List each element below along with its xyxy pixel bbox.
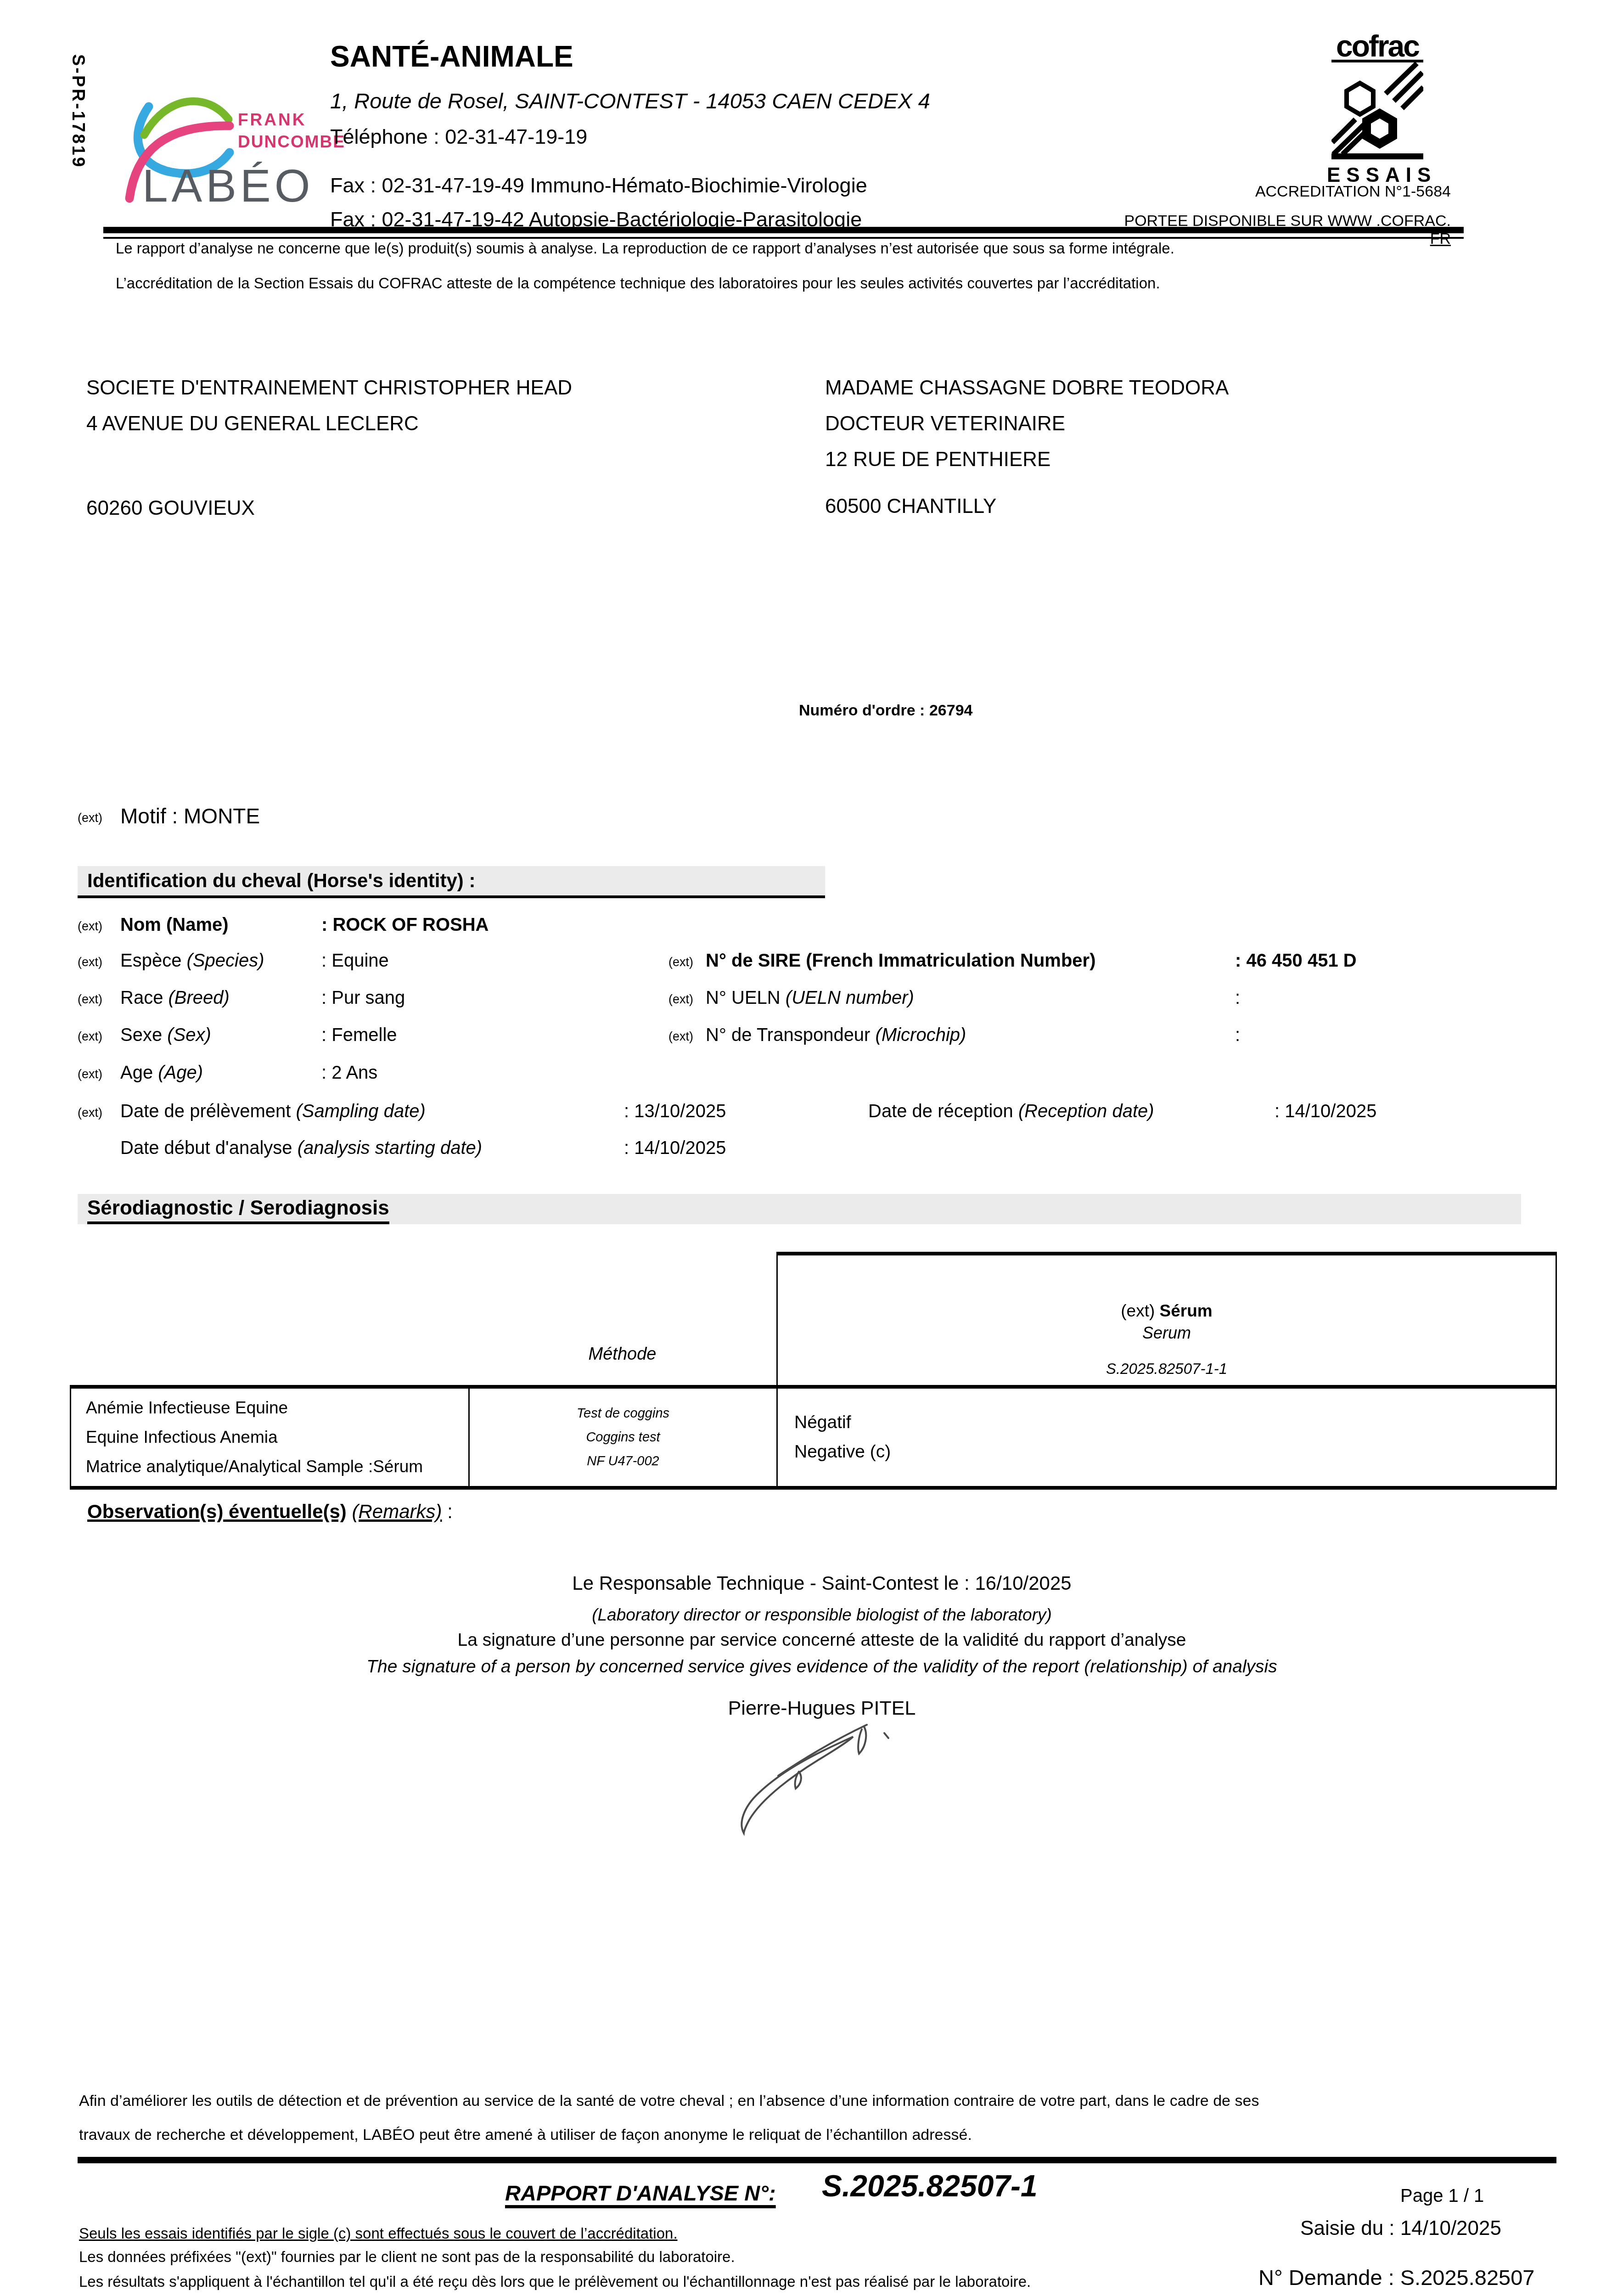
ext-marker: (ext) bbox=[78, 955, 102, 969]
field-label: Age (Age) bbox=[120, 1063, 203, 1083]
field-label: Espèce (Species) bbox=[120, 951, 264, 971]
motif-line: Motif : MONTE bbox=[120, 804, 260, 828]
method-column-header: Méthode bbox=[468, 1345, 776, 1364]
method-cell: Test de coggins Coggins test NF U47-002 bbox=[470, 1389, 778, 1486]
header-divider bbox=[103, 227, 1464, 239]
field-value: : Femelle bbox=[321, 1025, 397, 1046]
row-dates-1: (ext) Date de prélèvement (Sampling date… bbox=[0, 1101, 1623, 1127]
field-label: Date début d'analyse (analysis starting … bbox=[120, 1138, 482, 1159]
validity-line-en: The signature of a person by concerned s… bbox=[257, 1657, 1387, 1677]
recipient-address: MADAME CHASSAGNE DOBRE TEODORA DOCTEUR V… bbox=[825, 370, 1229, 478]
field-value: : bbox=[1235, 988, 1240, 1008]
field-label: Sexe (Sex) bbox=[120, 1025, 211, 1046]
responsible-line: Le Responsable Technique - Saint-Contest… bbox=[257, 1572, 1387, 1594]
analyte-matrix: Matrice analytique/Analytical Sample :Sé… bbox=[86, 1452, 468, 1481]
field-label: N° de Transpondeur (Microchip) bbox=[706, 1025, 966, 1046]
field-label: Race (Breed) bbox=[120, 988, 230, 1008]
sample-code: S.2025.82507-1-1 bbox=[778, 1360, 1556, 1378]
footer-divider bbox=[78, 2157, 1556, 2163]
result-cell: Négatif Negative (c) bbox=[778, 1389, 1556, 1486]
field-label: Date de réception (Reception date) bbox=[868, 1101, 1154, 1122]
request-number: N° Demande : S.2025.82507 bbox=[1258, 2265, 1534, 2290]
ext-marker: (ext) bbox=[78, 811, 102, 825]
row-dates-2: Date début d'analyse (analysis starting … bbox=[0, 1138, 1623, 1164]
row-espece-sire: (ext) Espèce (Species) : Equine (ext) N°… bbox=[0, 951, 1623, 976]
sender-address: SOCIETE D'ENTRAINEMENT CHRISTOPHER HEAD … bbox=[86, 370, 572, 442]
brand-labeo: LABÉO bbox=[142, 160, 314, 213]
result-table-row: Anémie Infectieuse Equine Equine Infecti… bbox=[70, 1385, 1557, 1490]
sender-line-1: SOCIETE D'ENTRAINEMENT CHRISTOPHER HEAD bbox=[86, 370, 572, 406]
sender-line-2: 4 AVENUE DU GENERAL LECLERC bbox=[86, 406, 572, 442]
result-en: Negative (c) bbox=[794, 1437, 1556, 1467]
ext-marker: (ext) bbox=[78, 992, 102, 1007]
field-value: : 46 450 451 D bbox=[1235, 951, 1357, 971]
remarks-line: Observation(s) éventuelle(s) (Remarks) : bbox=[87, 1501, 453, 1523]
side-code: S-PR-17819 bbox=[68, 54, 88, 169]
sample-column-header: (ext) Sérum Serum S.2025.82507-1-1 bbox=[776, 1252, 1557, 1385]
disclaimer-line-2: L’accréditation de la Section Essais du … bbox=[116, 275, 1160, 292]
serology-section-title: Sérodiagnostic / Serodiagnosis bbox=[87, 1197, 389, 1224]
recipient-city: 60500 CHANTILLY bbox=[825, 495, 996, 518]
recipient-line-3: 12 RUE DE PENTHIERE bbox=[825, 442, 1229, 478]
footer-note-1: Seuls les essais identifiés par le sigle… bbox=[79, 2225, 678, 2242]
analyte-cell: Anémie Infectieuse Equine Equine Infecti… bbox=[71, 1389, 470, 1486]
analyte-en: Equine Infectious Anemia bbox=[86, 1423, 468, 1452]
row-race-ueln: (ext) Race (Breed) : Pur sang (ext) N° U… bbox=[0, 988, 1623, 1013]
analyte-fr: Anémie Infectieuse Equine bbox=[86, 1393, 468, 1423]
field-value: : 13/10/2025 bbox=[624, 1101, 726, 1122]
sample-name: (ext) Sérum bbox=[778, 1301, 1556, 1321]
lab-department-title: SANTÉ-ANIMALE bbox=[330, 39, 573, 73]
row-age: (ext) Age (Age) : 2 Ans bbox=[0, 1063, 1623, 1088]
identification-section-title: Identification du cheval (Horse's identi… bbox=[87, 870, 475, 892]
footer-note-2: Les données préfixées "(ext)" fournies p… bbox=[79, 2248, 735, 2266]
field-value: : bbox=[1235, 1025, 1240, 1046]
research-notice-line-2: travaux de recherche et développement, L… bbox=[79, 2118, 1617, 2152]
method-ref: NF U47-002 bbox=[470, 1449, 776, 1473]
cofrac-essais-icon bbox=[1331, 60, 1423, 163]
ext-marker: (ext) bbox=[78, 1030, 102, 1044]
field-value: : ROCK OF ROSHA bbox=[321, 915, 489, 935]
signature-block: Le Responsable Technique - Saint-Contest… bbox=[257, 1572, 1387, 1720]
cofrac-wordmark: cofrac bbox=[1327, 32, 1428, 60]
field-label: N° UELN (UELN number) bbox=[706, 988, 914, 1008]
ext-marker: (ext) bbox=[78, 1067, 102, 1081]
disclaimer-line-1: Le rapport d’analyse ne concerne que le(… bbox=[116, 240, 1174, 257]
recipient-line-1: MADAME CHASSAGNE DOBRE TEODORA bbox=[825, 370, 1229, 406]
field-label: Nom (Name) bbox=[120, 915, 229, 935]
recipient-line-2: DOCTEUR VETERINAIRE bbox=[825, 406, 1229, 442]
field-value: : 2 Ans bbox=[321, 1063, 377, 1083]
lab-address: 1, Route de Rosel, SAINT-CONTEST - 14053… bbox=[330, 88, 930, 113]
ext-marker: (ext) bbox=[78, 919, 102, 934]
research-notice: Afin d’améliorer les outils de détection… bbox=[79, 2084, 1617, 2152]
ext-marker: (ext) bbox=[668, 992, 693, 1007]
responsible-line-en: (Laboratory director or responsible biol… bbox=[257, 1605, 1387, 1625]
entry-date: Saisie du : 14/10/2025 bbox=[1194, 2217, 1501, 2240]
field-label: N° de SIRE (French Immatriculation Numbe… bbox=[706, 951, 1095, 971]
sender-city: 60260 GOUVIEUX bbox=[86, 497, 255, 520]
handwritten-signature bbox=[730, 1713, 904, 1841]
serology-section-header: Sérodiagnostic / Serodiagnosis bbox=[78, 1194, 1521, 1224]
lab-fax-1: Fax : 02-31-47-19-49 Immuno-Hémato-Bioch… bbox=[330, 174, 867, 197]
validity-line: La signature d’une personne par service … bbox=[257, 1630, 1387, 1650]
ext-marker: (ext) bbox=[78, 1106, 102, 1120]
report-number-value: S.2025.82507-1 bbox=[822, 2168, 1038, 2203]
field-label: Date de prélèvement (Sampling date) bbox=[120, 1101, 426, 1122]
method-fr: Test de coggins bbox=[470, 1401, 776, 1425]
row-sexe-transpondeur: (ext) Sexe (Sex) : Femelle (ext) N° de T… bbox=[0, 1025, 1623, 1051]
report-page: S-PR-17819 FRANK DUNCOMBE LABÉO SANTÉ-AN… bbox=[0, 0, 1623, 2296]
page-indicator: Page 1 / 1 bbox=[1400, 2186, 1484, 2206]
cofrac-logo: cofrac ESSAIS bbox=[1327, 32, 1428, 187]
field-value: : 14/10/2025 bbox=[1275, 1101, 1376, 1122]
identification-section-header: Identification du cheval (Horse's identi… bbox=[78, 866, 825, 898]
research-notice-line-1: Afin d’améliorer les outils de détection… bbox=[79, 2084, 1617, 2118]
field-value: : Equine bbox=[321, 951, 389, 971]
accreditation-number: ACCREDITATION N°1-5684 bbox=[1120, 183, 1451, 201]
lab-phone: Téléphone : 02-31-47-19-19 bbox=[330, 125, 587, 149]
sample-name-en: Serum bbox=[778, 1323, 1556, 1343]
result-fr: Négatif bbox=[794, 1408, 1556, 1437]
labeo-logo: FRANK DUNCOMBE LABÉO bbox=[115, 76, 331, 214]
report-number-label: RAPPORT D'ANALYSE N°: bbox=[505, 2180, 776, 2206]
ext-marker: (ext) bbox=[668, 955, 693, 969]
field-value: : 14/10/2025 bbox=[624, 1138, 726, 1159]
brand-frank: FRANK bbox=[238, 110, 306, 129]
field-value: : Pur sang bbox=[321, 988, 405, 1008]
row-nom: (ext) Nom (Name) : ROCK OF ROSHA bbox=[0, 915, 1623, 940]
order-number: Numéro d'ordre : 26794 bbox=[799, 702, 972, 720]
brand-duncombe: DUNCOMBE bbox=[238, 132, 345, 152]
method-en: Coggins test bbox=[470, 1425, 776, 1449]
footer-note-3: Les résultats s'appliquent à l'échantill… bbox=[79, 2273, 1031, 2290]
ext-marker: (ext) bbox=[668, 1030, 693, 1044]
